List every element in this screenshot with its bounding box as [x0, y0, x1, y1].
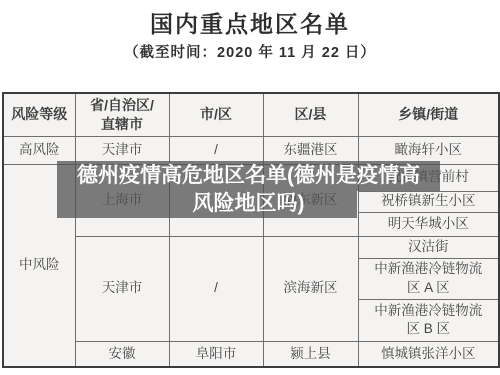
table-row: 天津市 / 滨海新区 汉沽街: [3, 236, 499, 258]
table-row: 高风险 天津市 / 东疆港区 瞰海轩小区: [3, 136, 499, 164]
township-cell-text: 中新渔港冷链物流区 B 区: [371, 302, 485, 338]
table-row: 安徽 阜阳市 颍上县 慎城镇张洋小区: [3, 341, 499, 367]
header-district: 区/县: [263, 93, 358, 136]
header-row: 风险等级 省/自治区/ 直辖市 市/区 区/县 乡镇/街道: [3, 93, 499, 136]
province-cell: 天津市: [75, 236, 169, 341]
page-title: 国内重点地区名单: [0, 6, 500, 39]
city-cell: 阜阳市: [169, 341, 263, 367]
page-subtitle: （截至时间：2020 年 11 月 22 日）: [0, 41, 500, 62]
province-cell: 安徽: [75, 341, 169, 367]
township-cell: 瞰海轩小区: [358, 136, 499, 164]
risk-area-table: 风险等级 省/自治区/ 直辖市 市/区 区/县 乡镇/街道 高风险 天津市 / …: [2, 92, 500, 368]
township-cell: 慎城镇张洋小区: [358, 341, 499, 367]
risk-level-high-cell: 高风险: [3, 136, 75, 164]
township-cell: 中新渔港冷链物流区 B 区: [358, 299, 499, 341]
header-city: 市/区: [169, 93, 263, 136]
township-cell-text: 中新渔港冷链物流区 A 区: [371, 260, 485, 296]
township-cell: 中新渔港冷链物流区 A 区: [358, 258, 499, 299]
township-cell: 汉沽街: [358, 236, 499, 258]
district-cell: 东疆港区: [263, 136, 358, 164]
watermark-line2: 风险地区吗): [57, 191, 440, 218]
header-province: 省/自治区/ 直辖市: [75, 93, 169, 136]
city-cell: /: [169, 136, 263, 164]
header-township: 乡镇/街道: [358, 93, 499, 136]
province-cell: 天津市: [75, 136, 169, 164]
district-cell: 颍上县: [263, 341, 358, 367]
header-province-line2: 直辖市: [76, 115, 169, 134]
header-province-line1: 省/自治区/: [76, 96, 169, 115]
watermark-overlay: 德州疫情高危地区名单(德州是疫情高 风险地区吗): [57, 161, 440, 218]
district-cell: 滨海新区: [263, 236, 358, 341]
watermark-line1: 德州疫情高危地区名单(德州是疫情高: [57, 161, 440, 191]
city-cell: /: [169, 236, 263, 341]
header-risk-level: 风险等级: [3, 93, 75, 136]
document-page: 国内重点地区名单 （截至时间：2020 年 11 月 22 日） 风险等级 省/…: [0, 0, 500, 375]
